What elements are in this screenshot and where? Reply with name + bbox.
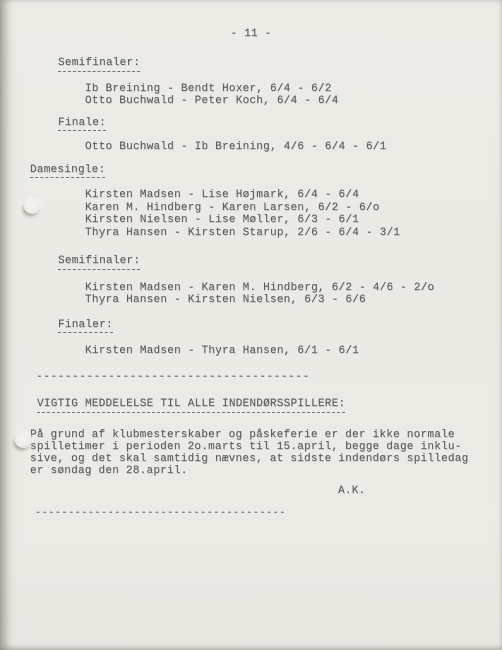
dashed-separator-top: -------------------------------------- [36, 371, 502, 383]
result-line: Kirsten Madsen - Thyra Hansen, 6/1 - 6/1 [85, 345, 502, 358]
results-block-semifinals-men: Ib Breining - Bendt Hoxer, 6/4 - 6/2 Ott… [85, 83, 502, 108]
section-heading-semifinals-ladies: Semifinaler: [58, 255, 502, 270]
section-heading-ladies-singles: Damesingle: [30, 164, 502, 179]
result-line: Kirsten Madsen - Lise Højmark, 6/4 - 6/4 [85, 189, 502, 202]
notice-heading: VIGTIG MEDDELELSE TIL ALLE INDENDØRSSPIL… [37, 398, 502, 413]
result-line: Ib Breining - Bendt Hoxer, 6/4 - 6/2 [85, 83, 502, 96]
result-line: Kirsten Madsen - Karen M. Hindberg, 6/2 … [85, 282, 502, 295]
results-block-final-men: Otto Buchwald - Ib Breining, 4/6 - 6/4 -… [85, 141, 502, 154]
result-line: Karen M. Hindberg - Karen Larsen, 6/2 - … [85, 202, 502, 215]
notice-line: spilletimer i perioden 2o.marts til 15.a… [30, 441, 502, 453]
result-line: Thyra Hansen - Kirsten Starup, 2/6 - 6/4… [85, 227, 502, 240]
section-heading-semifinals-men: Semifinaler: [58, 57, 502, 72]
result-line: Otto Buchwald - Ib Breining, 4/6 - 6/4 -… [85, 141, 502, 154]
results-block-finals-ladies: Kirsten Madsen - Thyra Hansen, 6/1 - 6/1 [85, 345, 502, 358]
section-heading-text: Damesingle: [30, 164, 105, 179]
result-line: Thyra Hansen - Kirsten Nielsen, 6/3 - 6/… [85, 294, 502, 307]
section-heading-text: Finaler: [58, 319, 113, 334]
notice-heading-text: VIGTIG MEDDELELSE TIL ALLE INDENDØRSSPIL… [37, 398, 345, 413]
section-heading-text: Finale: [58, 117, 106, 132]
section-heading-text: Semifinaler: [58, 255, 140, 270]
page-number: - 11 - [0, 28, 502, 40]
section-heading-finals-ladies: Finaler: [58, 319, 502, 334]
notice-line: sive, og det skal samtidig nævnes, at si… [30, 453, 502, 465]
results-block-semifinals-ladies: Kirsten Madsen - Karen M. Hindberg, 6/2 … [85, 282, 502, 307]
notice-line: På grund af klubmesterskaber og påskefer… [30, 429, 502, 441]
results-block-ladies-singles: Kirsten Madsen - Lise Højmark, 6/4 - 6/4… [85, 189, 502, 239]
signature-initials: A.K. [338, 485, 502, 497]
dashed-separator-bottom: -------------------------------------- [35, 508, 502, 520]
notice-paragraph: På grund af klubmesterskaber og påskefer… [30, 429, 502, 478]
notice-line: er søndag den 28.april. [30, 465, 502, 477]
binder-hole-mark-bottom [15, 433, 32, 448]
result-line: Kirsten Nielsen - Lise Møller, 6/3 - 6/1 [85, 214, 502, 227]
section-heading-text: Semifinaler: [58, 57, 140, 72]
result-line: Otto Buchwald - Peter Koch, 6/4 - 6/4 [85, 95, 502, 108]
scanned-document-page: - 11 - Semifinaler: Ib Breining - Bendt … [0, 0, 502, 650]
section-heading-final-men: Finale: [58, 117, 502, 132]
binder-hole-mark-top [24, 199, 41, 214]
